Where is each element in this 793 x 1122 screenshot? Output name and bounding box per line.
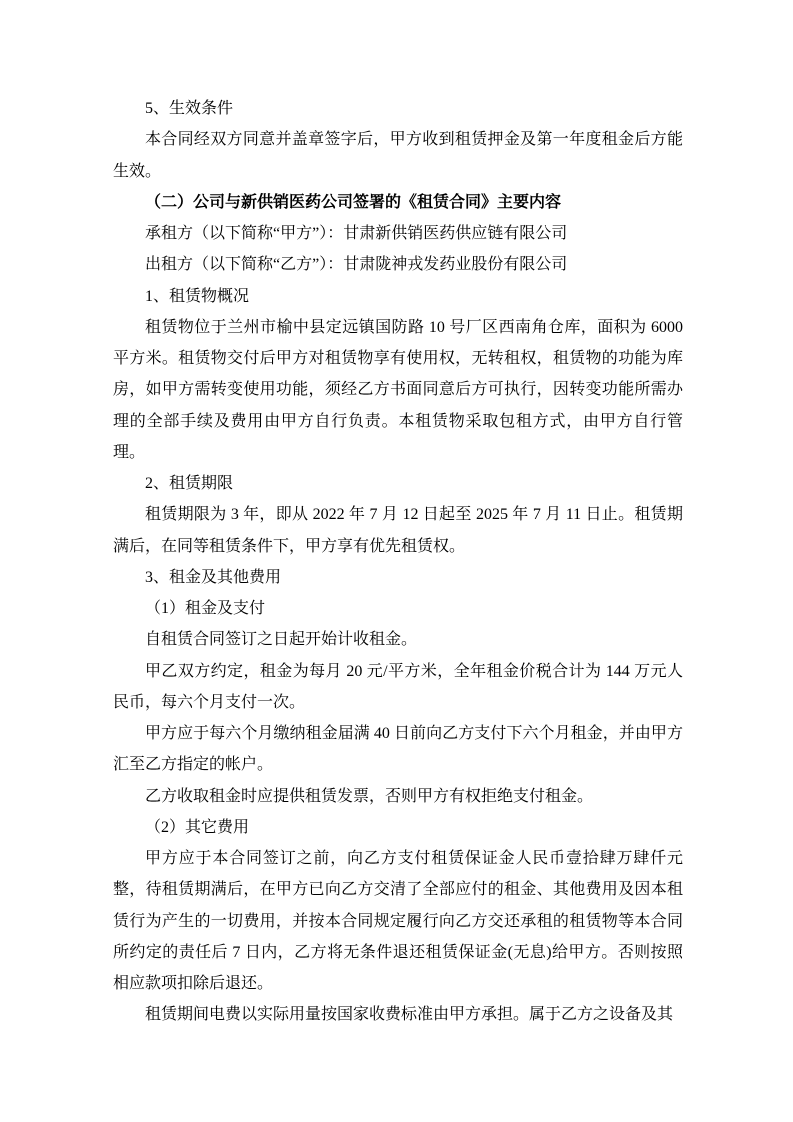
contract-paragraph: 本合同经双方同意并盖章签字后，甲方收到租赁押金及第一年度租金后方能生效。 bbox=[113, 124, 683, 187]
contract-page: 5、生效条件本合同经双方同意并盖章签字后，甲方收到租赁押金及第一年度租金后方能生… bbox=[0, 0, 793, 1122]
contract-paragraph: 甲方应于本合同签订之前，向乙方支付租赁保证金人民币壹拾肆万肆仟元整，待租赁期满后… bbox=[113, 843, 683, 999]
contract-paragraph: 2、租赁期限 bbox=[113, 468, 683, 499]
contract-paragraph: 自租赁合同签订之日起开始计收租金。 bbox=[113, 624, 683, 655]
contract-paragraph: 甲乙双方约定，租金为每月 20 元/平方米，全年租金价税合计为 144 万元人民… bbox=[113, 656, 683, 719]
contract-paragraph: 甲方应于每六个月缴纳租金届满 40 日前向乙方支付下六个月租金，并由甲方汇至乙方… bbox=[113, 718, 683, 781]
contract-paragraph: 3、租金及其他费用 bbox=[113, 562, 683, 593]
contract-paragraph: 出租方（以下简称“乙方”）：甘肃陇神戎发药业股份有限公司 bbox=[113, 249, 683, 280]
contract-paragraph: 乙方收取租金时应提供租赁发票，否则甲方有权拒绝支付租金。 bbox=[113, 781, 683, 812]
contract-paragraph: 租赁期间电费以实际用量按国家收费标准由甲方承担。属于乙方之设备及其 bbox=[113, 999, 683, 1030]
contract-paragraph: （1）租金及支付 bbox=[113, 593, 683, 624]
document-body: 5、生效条件本合同经双方同意并盖章签字后，甲方收到租赁押金及第一年度租金后方能生… bbox=[113, 93, 683, 1031]
contract-paragraph: 租赁期限为 3 年，即从 2022 年 7 月 12 日起至 2025 年 7 … bbox=[113, 499, 683, 562]
contract-paragraph: 5、生效条件 bbox=[113, 93, 683, 124]
contract-paragraph: 租赁物位于兰州市榆中县定远镇国防路 10 号厂区西南角仓库，面积为 6000 平… bbox=[113, 312, 683, 468]
contract-paragraph: 1、租赁物概况 bbox=[113, 281, 683, 312]
section-heading: （二）公司与新供销医药公司签署的《租赁合同》主要内容 bbox=[113, 187, 683, 218]
contract-paragraph: （2）其它费用 bbox=[113, 812, 683, 843]
contract-paragraph: 承租方（以下简称“甲方”）：甘肃新供销医药供应链有限公司 bbox=[113, 218, 683, 249]
